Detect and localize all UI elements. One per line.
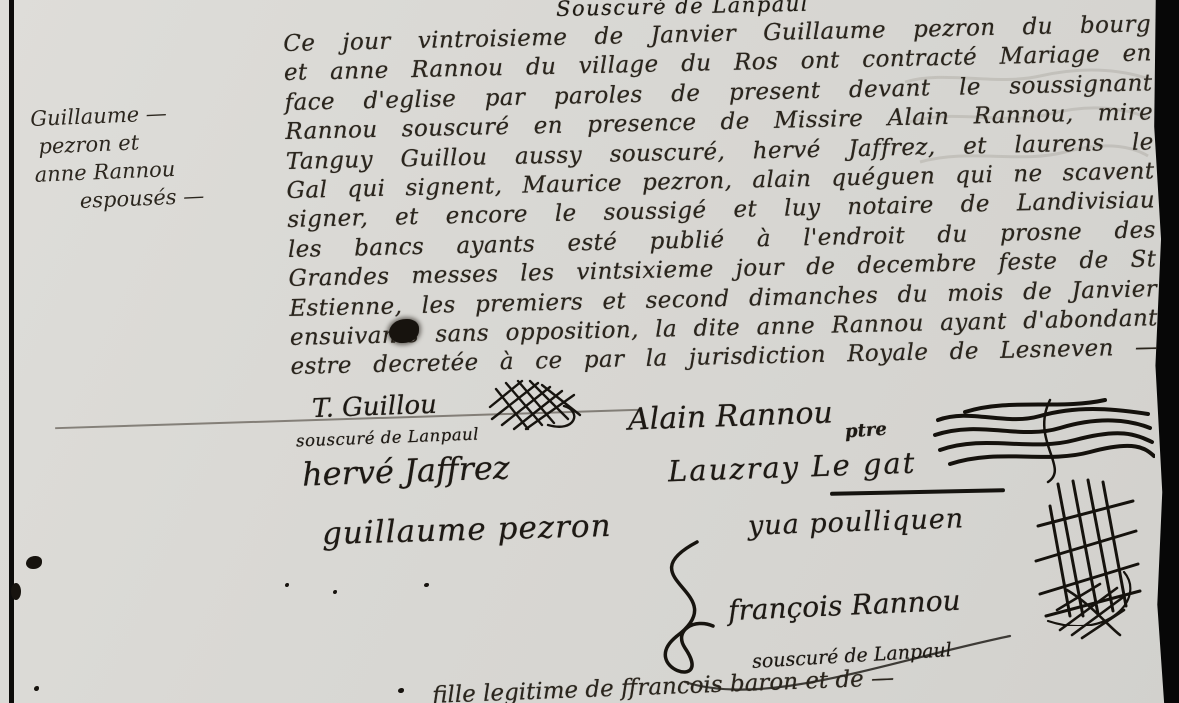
signature-poulliquen: yua poulliquen (748, 503, 965, 542)
ink-speck (333, 590, 337, 594)
signature-jaffrez: hervé Jaffrez (301, 448, 510, 493)
ink-blot (26, 556, 42, 569)
signature-guillou-title: souscuré de Lanpaul (296, 424, 480, 450)
ink-blot (11, 583, 21, 600)
ink-speck (285, 583, 289, 587)
crosshatch-paraphe-guillou (488, 379, 583, 431)
signature-guillou: T. Guillou (312, 390, 438, 424)
manuscript-scan-page: Souscuré de Lanpaul Guillaume — pezron e… (0, 0, 1179, 703)
ink-speck (34, 686, 39, 691)
ink-speck (424, 583, 429, 587)
signature-le-gat: Lauzray Le gat (667, 446, 916, 489)
margin-note: Guillaume — pezron et anne Rannou espous… (30, 95, 269, 217)
signature-alain-rannou-title: ptre (844, 419, 887, 443)
scribble-flourish-francois (1052, 580, 1127, 640)
signature-alain-rannou: Alain Rannou (627, 395, 833, 437)
ink-speck (398, 688, 404, 693)
scribble-paraphe (930, 390, 1155, 485)
signature-guillaume-pezron: guillaume pezron (322, 508, 612, 552)
signature-underline (830, 488, 1005, 495)
